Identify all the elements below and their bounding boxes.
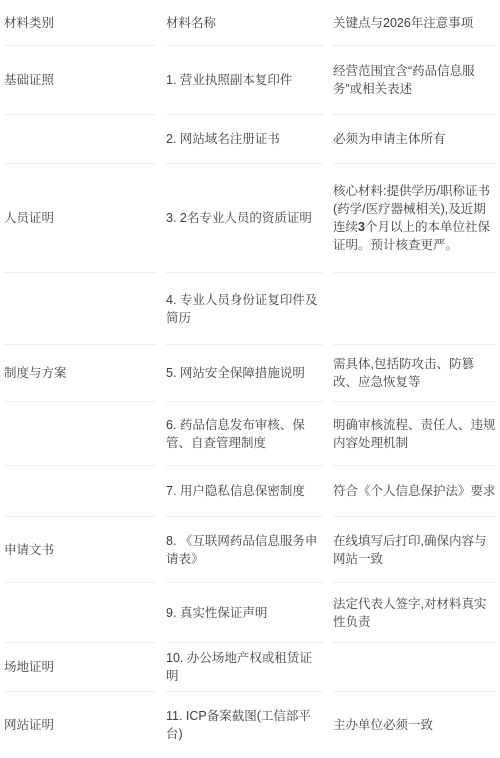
notes-cell xyxy=(333,643,496,692)
table-row: 2. 网站域名注册证书 必须为申请主体所有 xyxy=(4,115,496,164)
material-name-cell: 10. 办公场地产权或租赁证明 xyxy=(166,643,323,692)
material-name-cell: 9. 真实性保证声明 xyxy=(166,583,323,643)
material-name-cell: 1. 营业执照副本复印件 xyxy=(166,46,323,115)
table-row: 网站证明 11. ICP备案截图(工信部平台) 主办单位必须一致 xyxy=(4,692,496,758)
table-header-row: 材料类别 材料名称 关键点与2026年注意事项 xyxy=(4,0,496,46)
table-row: 6. 药品信息发布审核、保管、自查管理制度 明确审核流程、责任人、违规内容处理机… xyxy=(4,402,496,466)
notes-cell xyxy=(333,273,496,345)
material-name-cell: 3. 2名专业人员的资质证明 xyxy=(166,164,323,273)
header-cell-category: 材料类别 xyxy=(4,0,156,46)
category-cell xyxy=(4,273,156,345)
table-row: 4. 专业人员身份证复印件及简历 xyxy=(4,273,496,345)
material-name-cell: 5. 网站安全保障措施说明 xyxy=(166,345,323,402)
category-cell xyxy=(4,583,156,643)
category-cell xyxy=(4,115,156,164)
notes-cell: 核心材料:提供学历/职称证书(药学/医疗器械相关),及近期连续3个月以上的本单位… xyxy=(333,164,496,273)
table-row: 申请文书 8. 《互联网药品信息服务申请表》 在线填写后打印,确保内容与网站一致 xyxy=(4,517,496,583)
category-cell: 人员证明 xyxy=(4,164,156,273)
header-label: 关键点与2026年注意事项 xyxy=(333,14,496,32)
category-cell: 基础证照 xyxy=(4,46,156,115)
header-cell-notes: 关键点与2026年注意事项 xyxy=(333,0,496,46)
table-row: 基础证照 1. 营业执照副本复印件 经营范围宜含“药品信息服务”或相关表述 xyxy=(4,46,496,115)
notes-cell: 在线填写后打印,确保内容与网站一致 xyxy=(333,517,496,583)
materials-table: 材料类别 材料名称 关键点与2026年注意事项 基础证照 1. 营业执照副本复印… xyxy=(0,0,500,758)
header-cell-name: 材料名称 xyxy=(166,0,323,46)
material-name-cell: 6. 药品信息发布审核、保管、自查管理制度 xyxy=(166,402,323,466)
material-name-cell: 11. ICP备案截图(工信部平台) xyxy=(166,692,323,758)
table-row: 场地证明 10. 办公场地产权或租赁证明 xyxy=(4,643,496,692)
category-cell: 网站证明 xyxy=(4,692,156,758)
header-label: 材料名称 xyxy=(166,14,323,32)
table-row: 9. 真实性保证声明 法定代表人签字,对材料真实性负责 xyxy=(4,583,496,643)
material-name-cell: 7. 用户隐私信息保密制度 xyxy=(166,466,323,517)
table-row: 人员证明 3. 2名专业人员的资质证明 核心材料:提供学历/职称证书(药学/医疗… xyxy=(4,164,496,273)
material-name-cell: 8. 《互联网药品信息服务申请表》 xyxy=(166,517,323,583)
notes-cell: 符合《个人信息保护法》要求 xyxy=(333,466,496,517)
table-row: 制度与方案 5. 网站安全保障措施说明 需具体,包括防攻击、防篡改、应急恢复等 xyxy=(4,345,496,402)
table-row: 7. 用户隐私信息保密制度 符合《个人信息保护法》要求 xyxy=(4,466,496,517)
material-name-cell: 2. 网站域名注册证书 xyxy=(166,115,323,164)
category-cell: 制度与方案 xyxy=(4,345,156,402)
header-label: 材料类别 xyxy=(4,14,156,32)
notes-cell: 主办单位必须一致 xyxy=(333,692,496,758)
category-cell xyxy=(4,402,156,466)
notes-cell: 需具体,包括防攻击、防篡改、应急恢复等 xyxy=(333,345,496,402)
bold-number: 3 xyxy=(358,220,365,234)
category-cell: 场地证明 xyxy=(4,643,156,692)
notes-cell: 明确审核流程、责任人、违规内容处理机制 xyxy=(333,402,496,466)
category-cell: 申请文书 xyxy=(4,517,156,583)
notes-cell: 法定代表人签字,对材料真实性负责 xyxy=(333,583,496,643)
category-cell xyxy=(4,466,156,517)
material-name-cell: 4. 专业人员身份证复印件及简历 xyxy=(166,273,323,345)
notes-cell: 经营范围宜含“药品信息服务”或相关表述 xyxy=(333,46,496,115)
notes-cell: 必须为申请主体所有 xyxy=(333,115,496,164)
